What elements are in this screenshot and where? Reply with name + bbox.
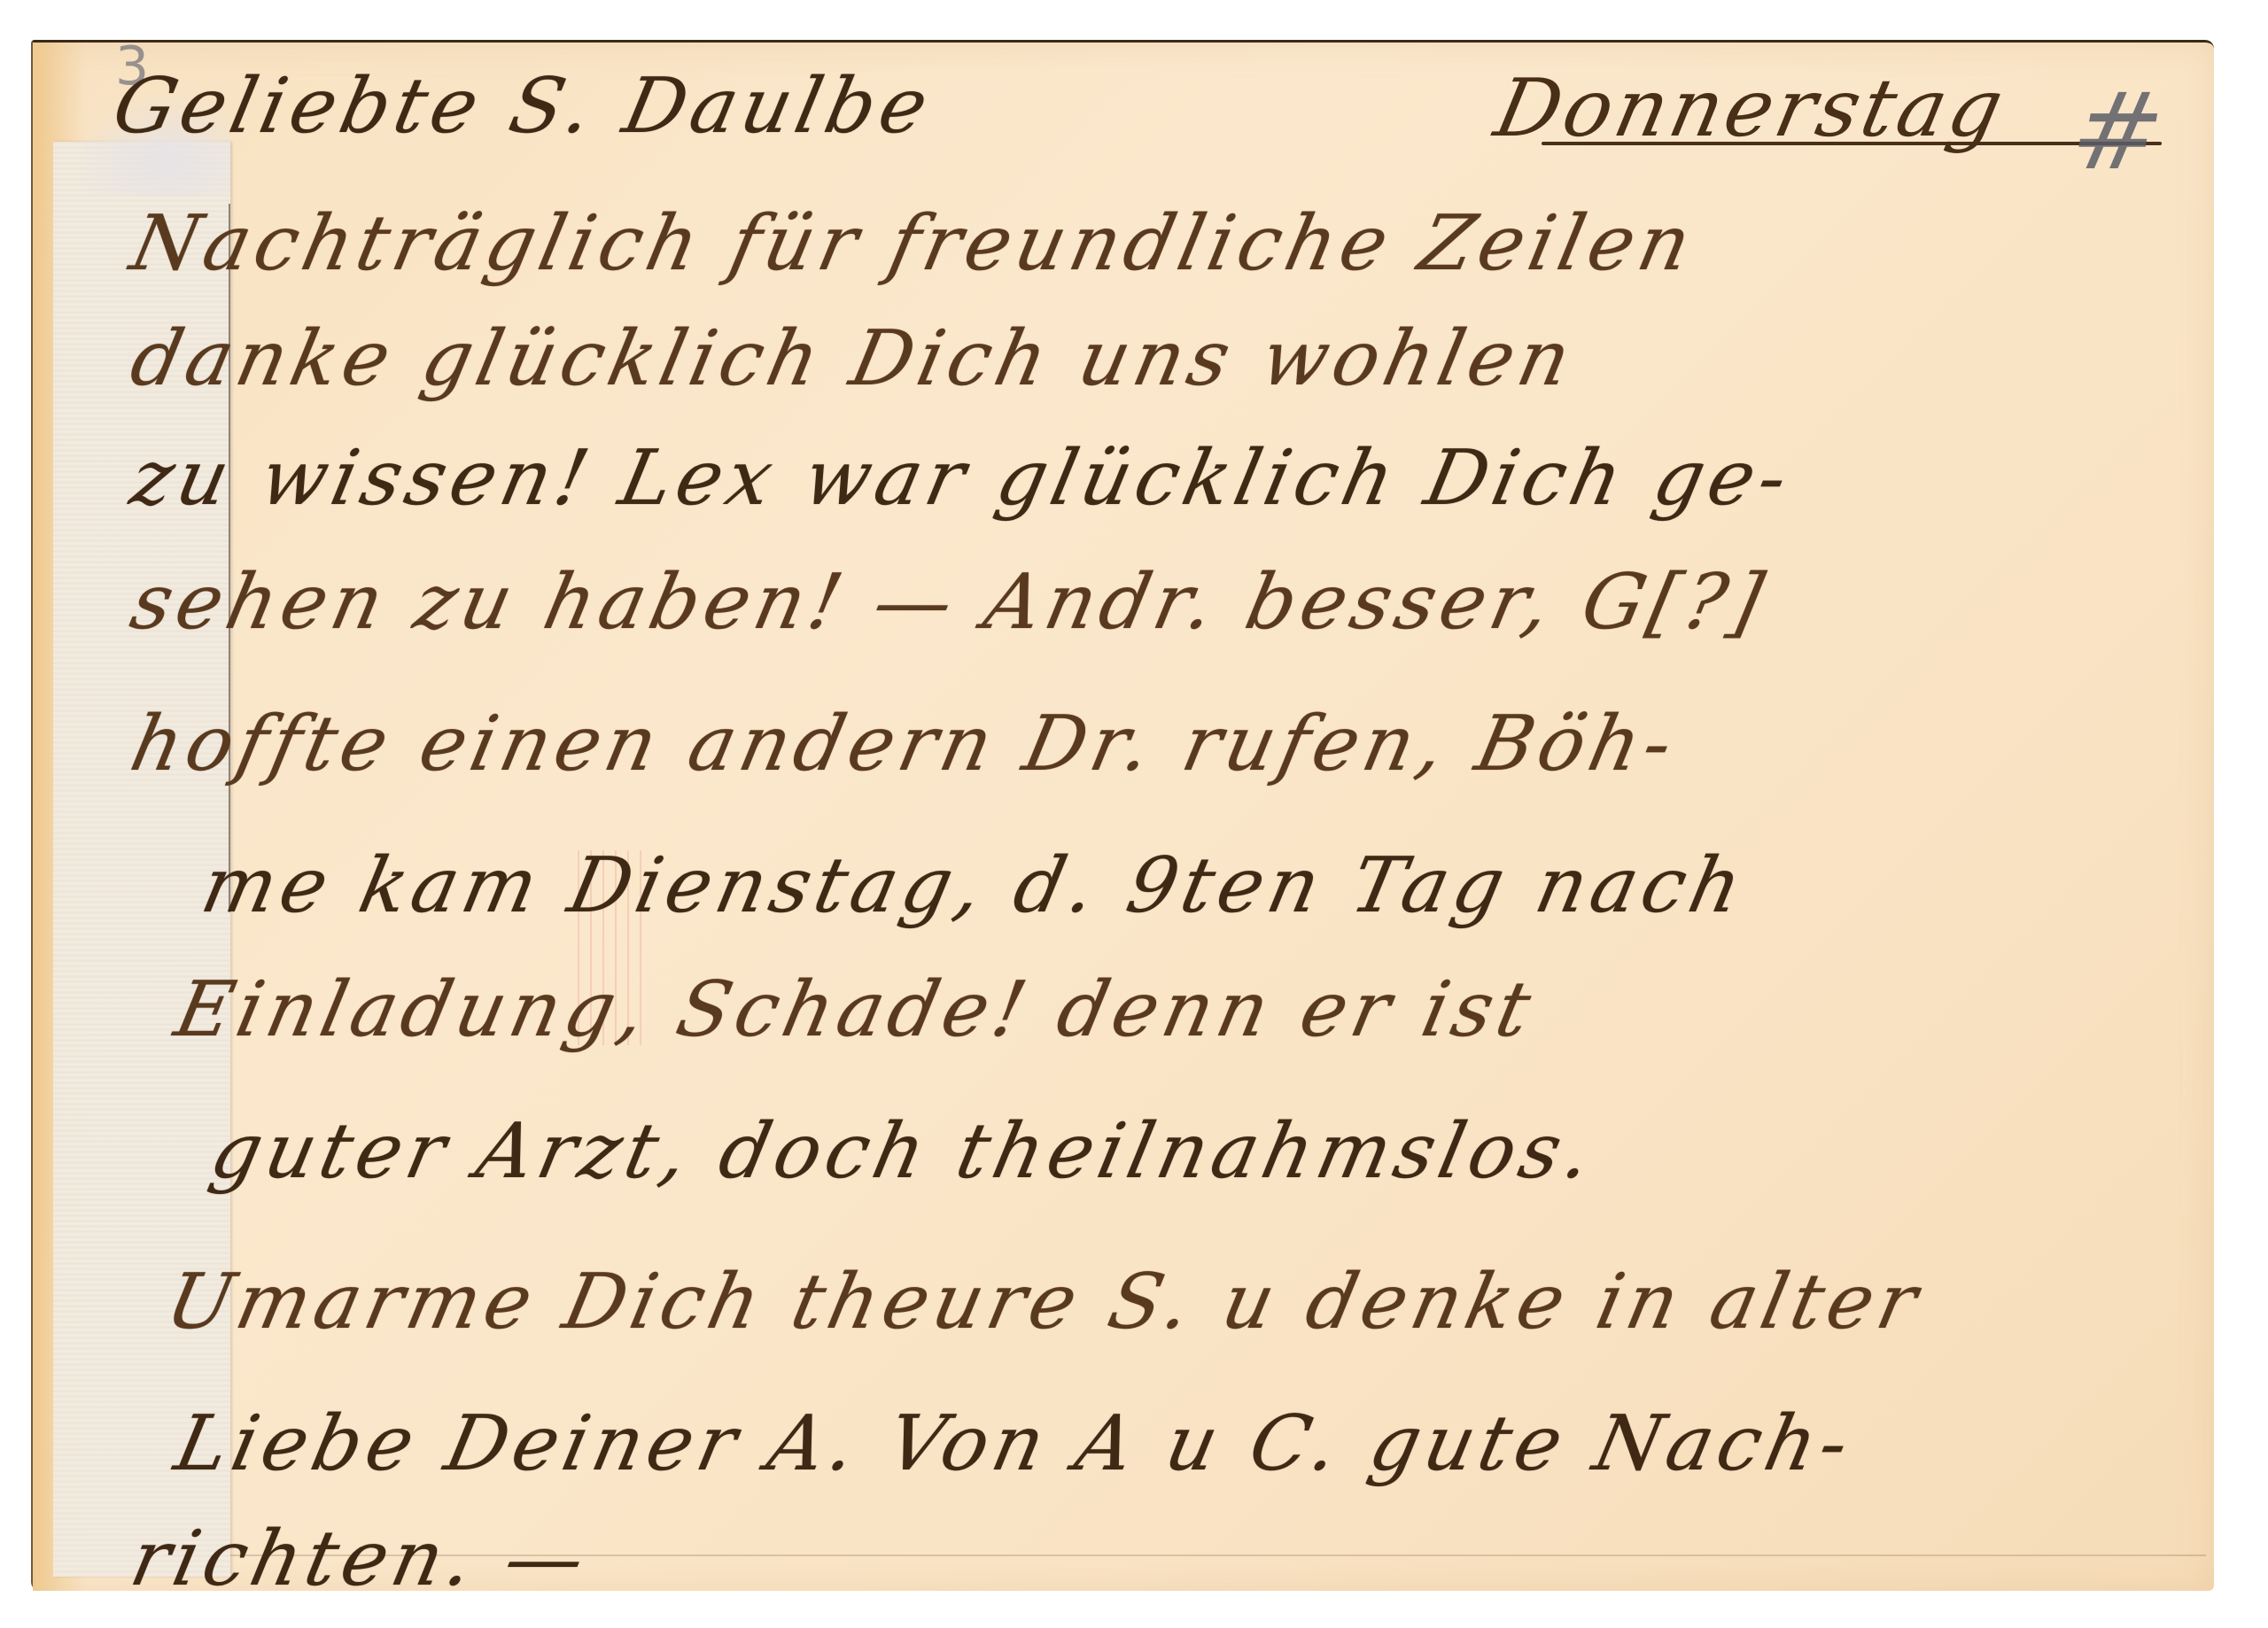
letter-line-10: Liebe Deiner A. Von A u C. gute Nach- [167,1399,1861,1488]
date-underline [1542,142,2162,145]
letter-line-3: zu wissen! Lex war glücklich Dich ge- [123,434,1800,523]
letter-line-6: me kam Dienstag, d. 9ten Tag nach [194,841,1754,930]
letter-line-8: guter Arzt, doch theilnahmslos. [203,1107,1604,1196]
letter-line-1: Nachträglich für freundliche Zeilen [123,199,1703,288]
letter-line-7: Einladung, Schade! denn er ist [167,965,1542,1054]
salutation: Geliebte S. Daulbe [105,62,940,151]
letter-line-9: Umarme Dich theure S. u denke in alter [159,1258,1930,1346]
letter-line-5: hoffte einen andern Dr. rufen, Böh- [123,700,1685,788]
letter-line-4: sehen zu haben! — Andr. besser, G[?] [123,558,1775,647]
letter-line-11: richten. — [123,1515,597,1603]
letter-line-2: danke glücklich Dich uns wohlen [123,314,1583,403]
